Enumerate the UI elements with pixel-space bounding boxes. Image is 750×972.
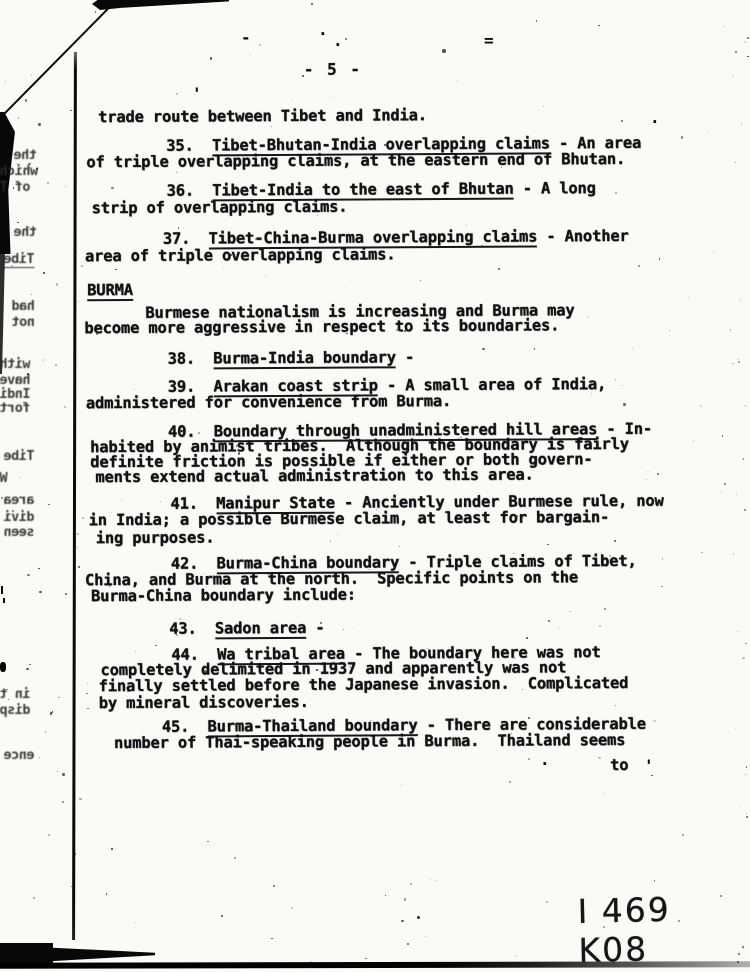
noise-speck xyxy=(746,816,748,818)
noise-speck xyxy=(340,234,341,235)
noise-speck xyxy=(457,80,458,81)
document-line: 36. Tibet-India to the east of Bhutan - … xyxy=(166,181,595,199)
noise-speck xyxy=(701,552,702,553)
noise-speck xyxy=(747,37,749,39)
document-line: to xyxy=(610,758,628,773)
noise-speck xyxy=(13,187,14,188)
noise-speck xyxy=(317,215,318,216)
noise-speck xyxy=(598,757,600,759)
noise-speck xyxy=(346,333,347,334)
handwritten-reference: I 469 K08 xyxy=(577,888,750,970)
document-lines: trade route between Tibet and India.35. … xyxy=(0,0,747,1)
noise-speck xyxy=(354,405,355,406)
noise-speck xyxy=(746,766,747,767)
text-segment: ments extend actual administration to th… xyxy=(95,465,533,486)
document-line: finally settled before the Japanese inva… xyxy=(99,676,629,694)
noise-speck xyxy=(320,622,322,624)
noise-speck xyxy=(721,491,722,492)
noise-speck xyxy=(514,657,515,658)
noise-speck xyxy=(96,333,97,334)
noise-speck xyxy=(543,106,544,107)
noise-speck xyxy=(481,245,483,247)
noise-speck xyxy=(78,301,79,302)
noise-speck xyxy=(4,104,5,105)
noise-speck xyxy=(526,637,528,639)
noise-speck xyxy=(436,880,437,881)
text-segment: of triple overlapping claims, at the eas… xyxy=(86,150,625,171)
document-line: Burma-China boundary include: xyxy=(91,588,356,605)
text-segment: administered for convenience from Burma. xyxy=(86,392,451,412)
noise-speck xyxy=(266,444,268,446)
noise-speck xyxy=(745,643,746,644)
noise-speck xyxy=(720,895,722,897)
noise-speck xyxy=(609,555,611,557)
noise-speck xyxy=(745,405,746,406)
noise-speck xyxy=(106,893,107,894)
text-segment: by mineral discoveries. xyxy=(99,693,309,712)
noise-speck xyxy=(56,283,58,285)
text-segment: area of triple overlapping claims. xyxy=(85,245,396,265)
document-line: of triple overlapping claims, at the eas… xyxy=(86,152,625,170)
noise-speck xyxy=(27,574,29,576)
noise-speck xyxy=(369,720,371,722)
noise-speck xyxy=(1,497,3,499)
noise-speck xyxy=(345,287,346,288)
document-line: in India; a possible Burmese claim, at l… xyxy=(89,510,610,528)
noise-speck xyxy=(733,75,734,76)
noise-speck xyxy=(738,361,740,363)
text-segment: - A long xyxy=(514,179,596,198)
noise-speck xyxy=(653,720,655,722)
noise-speck xyxy=(7,109,9,111)
noise-speck xyxy=(548,620,550,622)
underlined-text: Burma-India boundary xyxy=(213,348,396,369)
noise-speck xyxy=(52,711,53,712)
underlined-text: BURMA xyxy=(87,281,133,301)
noise-speck xyxy=(646,479,647,480)
noise-speck xyxy=(404,898,406,900)
noise-speck xyxy=(681,136,683,138)
noise-speck xyxy=(498,268,500,270)
page-number: - 5 - xyxy=(304,60,362,79)
noise-speck xyxy=(253,364,254,365)
noise-speck xyxy=(33,897,35,899)
noise-speck xyxy=(599,625,601,627)
noise-speck xyxy=(638,265,640,267)
noise-speck xyxy=(121,500,122,501)
noise-speck xyxy=(238,452,240,454)
document-line: 43. Sadon area - xyxy=(169,621,324,637)
noise-speck xyxy=(738,359,739,360)
noise-speck xyxy=(176,634,178,636)
noise-speck xyxy=(198,432,200,434)
noise-speck xyxy=(11,265,13,267)
noise-speck xyxy=(746,813,747,814)
document-line: 37. Tibet-China-Burma overlapping claims… xyxy=(163,229,629,247)
noise-speck xyxy=(569,611,571,613)
noise-speck xyxy=(38,568,39,569)
noise-speck xyxy=(345,38,347,40)
noise-speck xyxy=(29,664,31,666)
noise-speck xyxy=(678,920,680,922)
noise-speck xyxy=(511,733,512,734)
noise-speck xyxy=(111,187,113,189)
noise-speck xyxy=(460,437,461,438)
noise-speck xyxy=(369,569,370,570)
noise-speck xyxy=(178,227,179,228)
noise-speck xyxy=(308,567,310,569)
noise-speck xyxy=(442,49,445,52)
noise-speck xyxy=(454,722,455,723)
noise-speck xyxy=(330,540,331,541)
noise-speck xyxy=(91,458,94,461)
noise-speck xyxy=(204,670,207,673)
noise-speck xyxy=(385,895,386,896)
text-segment: 37. xyxy=(163,229,209,247)
noise-speck xyxy=(55,364,56,365)
noise-speck xyxy=(483,871,484,872)
noise-speck xyxy=(28,163,31,166)
noise-speck xyxy=(632,348,633,349)
text-segment: strip of overlapping claims. xyxy=(92,198,348,218)
noise-speck xyxy=(615,192,617,194)
noise-speck xyxy=(50,712,52,714)
text-segment: Burma-China boundary include: xyxy=(91,586,356,606)
noise-speck xyxy=(736,494,737,495)
noise-speck xyxy=(487,963,489,965)
noise-speck xyxy=(127,691,129,693)
text-segment: 36. xyxy=(166,181,212,199)
noise-speck xyxy=(401,920,403,922)
underlined-text: Sadon area xyxy=(215,619,306,640)
noise-speck xyxy=(430,879,431,880)
noise-speck xyxy=(407,943,409,945)
noise-speck xyxy=(482,348,484,350)
text-segment: to xyxy=(610,756,628,774)
noise-speck xyxy=(651,775,653,777)
text-segment: 38. xyxy=(168,349,214,367)
document-line: become more aggressive in respect to its… xyxy=(84,318,559,336)
stray-mark: ' xyxy=(644,758,654,774)
noise-speck xyxy=(669,330,670,331)
noise-speck xyxy=(271,938,272,939)
text-segment: - xyxy=(396,348,414,366)
document-line: area of triple overlapping claims. xyxy=(85,247,396,264)
noise-speck xyxy=(745,774,746,775)
noise-speck xyxy=(155,645,157,647)
noise-speck xyxy=(26,668,28,670)
noise-speck xyxy=(176,172,177,173)
document-line: ing purposes. xyxy=(96,530,215,546)
text-segment: become more aggressive in respect to its… xyxy=(84,316,559,337)
noise-speck xyxy=(8,699,9,700)
noise-speck xyxy=(271,126,272,127)
document-line: trade route between Tibet and India. xyxy=(98,108,427,125)
noise-speck xyxy=(743,948,744,949)
text-segment: number of Thai-speaking people in Burma.… xyxy=(114,731,625,752)
noise-speck xyxy=(109,584,111,586)
document-line: BURMA xyxy=(87,283,133,298)
noise-speck xyxy=(259,44,261,46)
document-body: - 5 - trade route between Tibet and Indi… xyxy=(0,0,750,972)
noise-speck xyxy=(267,572,269,574)
noise-speck xyxy=(396,329,398,331)
document-line: ments extend actual administration to th… xyxy=(95,467,533,485)
noise-speck xyxy=(737,961,739,963)
stray-mark: - xyxy=(241,30,251,46)
stray-mark: . xyxy=(333,33,343,49)
text-segment: ing purposes. xyxy=(96,528,215,547)
noise-speck xyxy=(77,533,79,535)
noise-speck xyxy=(74,853,76,855)
scanned-document-page: thewhichof TtheTibehadnotwithhaveIndifor… xyxy=(0,0,750,972)
noise-speck xyxy=(733,951,734,952)
noise-speck xyxy=(65,593,67,595)
noise-speck xyxy=(176,93,178,95)
stray-mark: . xyxy=(540,752,550,768)
noise-speck xyxy=(311,3,313,5)
noise-speck xyxy=(739,806,740,807)
text-segment: in India; a possible Burmese claim, at l… xyxy=(88,508,609,529)
document-line: number of Thai-speaking people in Burma.… xyxy=(114,733,625,751)
document-line: administered for convenience from Burma. xyxy=(86,394,451,411)
noise-speck xyxy=(365,958,367,960)
noise-speck xyxy=(410,883,412,885)
noise-speck xyxy=(661,586,663,588)
noise-speck xyxy=(87,708,88,709)
document-line: 38. Burma-India boundary - xyxy=(168,350,415,367)
noise-speck xyxy=(740,300,741,301)
stray-mark: ' xyxy=(192,86,202,102)
noise-speck xyxy=(179,618,180,619)
noise-speck xyxy=(404,330,406,332)
noise-speck xyxy=(81,265,83,267)
noise-speck xyxy=(38,123,40,125)
noise-speck xyxy=(458,438,459,439)
noise-speck xyxy=(27,373,29,375)
noise-speck xyxy=(522,689,523,690)
noise-speck xyxy=(77,547,78,548)
noise-speck xyxy=(70,110,72,112)
noise-speck xyxy=(662,558,664,560)
noise-speck xyxy=(623,403,625,405)
noise-speck xyxy=(546,901,548,903)
stray-mark: . xyxy=(318,22,328,38)
noise-speck xyxy=(505,232,507,234)
text-segment: trade route between Tibet and India. xyxy=(98,106,427,126)
noise-speck xyxy=(62,773,65,776)
text-segment: - Another xyxy=(537,227,628,246)
noise-speck xyxy=(425,936,426,937)
noise-speck xyxy=(58,697,60,699)
noise-speck xyxy=(604,608,606,610)
text-segment: finally settled before the Japanese inva… xyxy=(99,674,629,695)
noise-speck xyxy=(738,953,740,955)
document-line: by mineral discoveries. xyxy=(99,695,309,711)
stray-mark: . xyxy=(650,110,660,126)
stray-mark: = xyxy=(484,33,494,49)
noise-speck xyxy=(426,648,427,649)
document-line: strip of overlapping claims. xyxy=(92,200,348,217)
noise-speck xyxy=(614,540,615,541)
noise-speck xyxy=(428,426,429,427)
noise-speck xyxy=(255,238,257,240)
noise-speck xyxy=(688,297,689,298)
